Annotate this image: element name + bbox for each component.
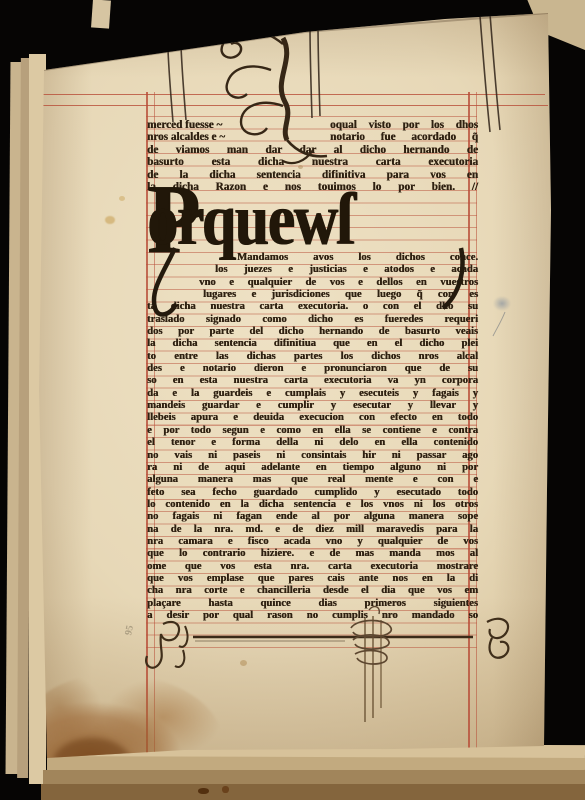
cadel-gap: [222, 119, 330, 131]
text-line: ome que vos esta nra. carta executoria m…: [147, 560, 478, 572]
top-page-tab: [91, 0, 111, 29]
stain-freckle: [240, 660, 247, 666]
ink-smudge: [493, 296, 511, 311]
text-line: vno e qualquier de vos e dellos en vuest…: [147, 276, 478, 288]
stain-freckle: [119, 196, 125, 201]
main-text-block: Mandamos avos los dichos conce.los jueze…: [147, 251, 478, 621]
edge-speck: [222, 786, 229, 793]
text-line: que vos emplase que pares cais ante nos …: [147, 572, 478, 584]
text-line: plaçare hasta quince dias primeros sigui…: [147, 597, 478, 609]
text-line: de viamos man dar dar al dicho hernando …: [147, 144, 478, 156]
blackletter-heading: P orquewſ: [147, 184, 492, 256]
text-segment: nros alcaldes e ~: [147, 131, 225, 143]
text-line: traslado signado como dicho es fueredes …: [147, 313, 478, 325]
text-line: llebeis apura e deuida execucion con efe…: [147, 411, 478, 423]
manuscript-page: merced fuesse ~ oqual visto por los dhos…: [35, 10, 555, 762]
heading-text: orquewſ: [147, 185, 352, 256]
text-line: da e la guardeis e cumplais y esecuteis …: [147, 387, 478, 399]
text-line: nra camara e fisco acada vno y qualquier…: [147, 535, 478, 547]
text-line: feto sea fecho guardado cumplido y esecu…: [147, 486, 478, 498]
text-line: merced fuesse ~ oqual visto por los dhos: [147, 119, 478, 131]
text-line: no vais ni paseis ni consintais hir ni p…: [147, 449, 478, 461]
text-line: a desir por qual rason no cumplis nro ma…: [147, 609, 478, 621]
bottom-page-edge-strip: [41, 784, 585, 800]
text-line: el tenor e forma della ni delo en ella c…: [147, 436, 478, 448]
text-line: no fagais ni fagan ende al por alguna ma…: [147, 510, 478, 522]
text-segment: oqual visto por los dhos: [330, 119, 478, 131]
text-line: que lo contrario hiziere. e de mas manda…: [147, 547, 478, 559]
text-segment: merced fuesse ~: [147, 119, 222, 131]
text-line: la dicha sentencia difinitiua que en el …: [147, 337, 478, 349]
text-line: alguna manera mas que real mente e con e: [147, 473, 478, 485]
text-line: ta dicha nuestra carta executoria. o con…: [147, 300, 478, 312]
cadel-gap: [225, 131, 330, 143]
edge-speck: [198, 788, 209, 794]
text-line: so en esta nuestra carta executoria va y…: [147, 374, 478, 386]
text-line: dos por parte del dicho hernando de basu…: [147, 325, 478, 337]
text-line: los juezes e justicias e atodos e acada: [147, 263, 478, 275]
text-line: e por todo segun e como en ella se conti…: [147, 424, 478, 436]
text-line: Mandamos avos los dichos conce.: [147, 251, 478, 263]
stain-freckle: [105, 216, 115, 224]
text-line: nros alcaldes e ~ notario fue acordado q…: [147, 131, 478, 143]
ruling-line-horizontal: [37, 105, 548, 106]
text-segment: notario fue acordado q̃: [330, 131, 478, 143]
text-line: mandeis guardar e cumplir y esecutar y l…: [147, 399, 478, 411]
text-line: lugares e jurisdiciones que luego q̃ con…: [147, 288, 478, 300]
text-line: cha nra corte e chancilleria desde el di…: [147, 584, 478, 596]
text-line: to entre las dichas partes los dichos nr…: [147, 350, 478, 362]
text-line: na de la nra. md. e de diez mill maraved…: [147, 523, 478, 535]
manuscript-photo: merced fuesse ~ oqual visto por los dhos…: [0, 0, 585, 800]
text-line: ra ni de aqui adelante en tiempo alguno …: [147, 461, 478, 473]
text-line: lo contenido en la dicha sentencia e los…: [147, 498, 478, 510]
text-line: des e notario dieron e pronunciaron que …: [147, 362, 478, 374]
